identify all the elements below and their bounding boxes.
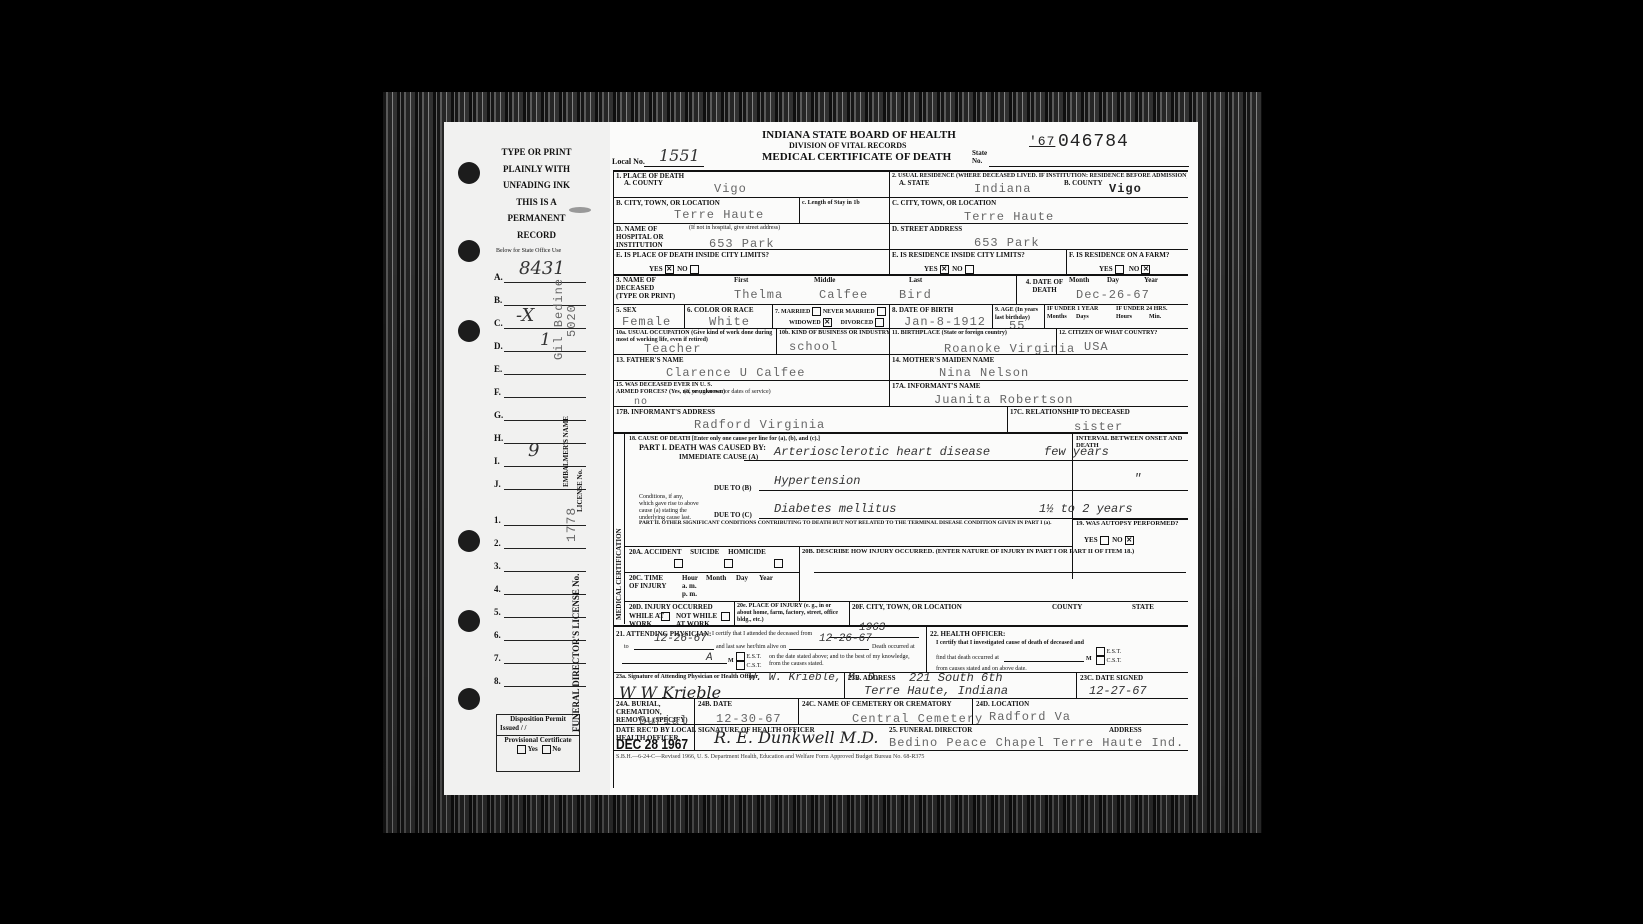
date-of-death-value: Dec-26-67 <box>1076 288 1150 302</box>
residence-state-value: Indiana <box>974 182 1031 196</box>
field-line <box>644 166 704 167</box>
injury-state-label: STATE <box>1132 603 1154 611</box>
frame-line <box>776 328 777 354</box>
no-label: NO <box>677 265 688 273</box>
residence-county-value: Vigo <box>1109 182 1142 196</box>
burial-date-label: 24b. DATE <box>698 700 732 708</box>
physician-address-line-1: 221 South 6th <box>909 671 1003 685</box>
accident-checkbox[interactable] <box>674 559 683 568</box>
farm-label: f. IS RESIDENCE ON A FARM? <box>1069 251 1169 259</box>
armed-forces-note: (If yes, give war or dates of service) <box>684 389 771 396</box>
field-line <box>504 351 586 352</box>
est-label: E.S.T. <box>747 654 762 660</box>
field-line <box>504 420 586 421</box>
accident-label: 20a. ACCIDENT <box>629 548 681 556</box>
to-label: to <box>624 644 629 651</box>
under-24-hrs-label: IF UNDER 24 HRS. <box>1116 306 1167 313</box>
due-to-b-value: Hypertension <box>774 474 860 488</box>
field-line <box>504 374 586 375</box>
physician-certify-text: I certify that I attended the deceased f… <box>712 631 812 638</box>
frame-line <box>849 601 850 625</box>
mother-value: Nina Nelson <box>939 366 1029 380</box>
health-officer-text-2: find that death occurred at <box>936 655 999 662</box>
interval-label: INTERVAL BETWEEN ONSET AND DEATH <box>1076 435 1186 449</box>
frame-line <box>613 380 1188 381</box>
months-label: Months <box>1047 314 1067 321</box>
letter-label: A. <box>494 272 503 282</box>
death-inside-city-yes-checkbox[interactable]: ✕ <box>665 265 674 274</box>
field-line <box>1004 661 1084 662</box>
length-of-stay-label: c. Length of Stay in 1b <box>802 199 860 207</box>
frame-line <box>613 354 1188 355</box>
provisional-no-checkbox[interactable] <box>542 745 551 754</box>
no-label: No <box>552 745 561 753</box>
disposition-label: Disposition Permit <box>497 715 579 724</box>
letter-label: I. <box>494 456 500 466</box>
physician-address-label: 23b. ADDRESS <box>848 674 895 682</box>
embalmer-license: 5020 <box>565 304 579 337</box>
field-line <box>744 460 1072 461</box>
residence-inside-city-label: e. IS RESIDENCE INSIDE CITY LIMITS? <box>892 251 1025 259</box>
embalmer-license-label: LICENSE No. <box>576 469 584 512</box>
residence-county-label: b. COUNTY <box>1064 179 1103 187</box>
yes-label: YES <box>1084 536 1098 544</box>
local-no-label: Local No. <box>612 157 645 166</box>
death-inside-city-label: e. IS PLACE OF DEATH INSIDE CITY LIMITS? <box>616 251 769 259</box>
letter-a-value: 8431 <box>519 258 565 279</box>
provisional-options: Yes No <box>497 745 579 754</box>
yes-label: YES <box>1099 265 1113 273</box>
age-value: 55 <box>1009 319 1025 333</box>
part2-label: PART II. OTHER SIGNIFICANT CONDITIONS CO… <box>639 520 1069 527</box>
street-value: 653 Park <box>974 236 1040 250</box>
residence-inside-city-yes-checkbox[interactable]: ✕ <box>940 265 949 274</box>
funeral-director-license: 1778 <box>564 507 579 542</box>
frame-line <box>1056 328 1057 354</box>
frame-line <box>613 406 1188 407</box>
ho-est-checkbox[interactable] <box>1096 647 1105 656</box>
death-county-value: Vigo <box>714 182 747 196</box>
punch-hole-icon <box>458 162 480 184</box>
informant-name-value: Juanita Robertson <box>934 393 1073 407</box>
burial-location-value: Radford Va <box>989 710 1071 724</box>
punch-hole-icon <box>458 610 480 632</box>
field-line <box>504 548 586 549</box>
place-of-injury-label: 20e. PLACE OF INJURY (e. g., in or about… <box>737 603 847 624</box>
instruction-line: TYPE OR PRINT <box>494 144 579 161</box>
field-line <box>504 571 586 572</box>
frame-line <box>613 724 1188 725</box>
citizen-value: USA <box>1084 340 1109 354</box>
due-to-c-value: Diabetes mellitus <box>774 502 896 516</box>
yes-label: Yes <box>528 745 538 753</box>
date-signed-label: 23c. DATE SIGNED <box>1080 674 1143 682</box>
number-label: 3. <box>494 561 501 571</box>
father-label: 13. FATHER'S NAME <box>616 356 684 364</box>
letter-label: D. <box>494 341 503 351</box>
frame-line <box>624 546 1072 547</box>
hour-text: Hour <box>682 574 698 582</box>
frame-line <box>889 328 890 354</box>
last-name-value: Bird <box>899 288 932 302</box>
state-no-value: 046784 <box>1058 132 1129 152</box>
residence-inside-city-no-checkbox[interactable] <box>965 265 974 274</box>
homicide-label: HOMICIDE <box>728 548 766 556</box>
frame-line <box>613 249 1188 250</box>
letter-d-value: 1 <box>540 330 551 350</box>
widowed-checkbox[interactable]: ✕ <box>823 318 832 327</box>
race-value: White <box>709 315 750 329</box>
frame-line <box>1007 406 1008 432</box>
frame-line <box>613 274 1188 276</box>
cst-label: C.S.T. <box>747 663 762 669</box>
frame-line <box>844 672 845 698</box>
frame-line <box>613 698 1188 699</box>
letter-label: B. <box>494 295 502 305</box>
first-name-value: Thelma <box>734 288 783 302</box>
frame-line <box>889 304 890 328</box>
field-line <box>814 572 1186 573</box>
health-officer-signature: R. E. Dunkwell M.D. <box>714 728 879 747</box>
state-no-label: State No. <box>972 149 994 165</box>
birthplace-label: 11. BIRTHPLACE (State or foreign country… <box>892 330 1007 337</box>
frame-line <box>798 698 799 724</box>
frame-line <box>1016 274 1017 304</box>
street-label: d. STREET ADDRESS <box>892 225 962 233</box>
informant-address-label: 17b. INFORMANT'S ADDRESS <box>616 408 715 416</box>
due-to-c-interval: 1½ to 2 years <box>1039 502 1133 516</box>
cause-of-death-label: 18. CAUSE OF DEATH [Enter only one cause… <box>629 436 820 443</box>
injury-county-label: COUNTY <box>1052 603 1082 611</box>
letter-label: C. <box>494 318 503 328</box>
funeral-director-license-label: FUNERAL DIRECTOR'S LICENSE No. <box>571 574 581 732</box>
widowed-label: WIDOWED <box>789 320 821 326</box>
number-label: 2. <box>494 538 501 548</box>
residence-inside-city-options: YES✕ NO <box>924 265 974 274</box>
autopsy-options: YES NO✕ <box>1084 536 1134 545</box>
division-title: DIVISION OF VITAL RECORDS <box>789 141 906 150</box>
issued-row: Issued / / <box>497 724 579 733</box>
part1-label: PART I. DEATH WAS CAUSED BY: <box>639 444 766 452</box>
year-injury-label: Year <box>759 574 773 582</box>
under-1-year-label: IF UNDER 1 YEAR <box>1047 306 1098 313</box>
hospital-label: d. NAME OF HOSPITAL OR INSTITUTION <box>616 225 686 249</box>
middle-name-label: Middle <box>814 276 835 284</box>
frame-line <box>799 197 800 223</box>
letter-label: H. <box>494 433 503 443</box>
funeral-director-label: 25. FUNERAL DIRECTOR <box>889 726 972 734</box>
health-officer-label: 22. HEALTH OFFICER: <box>930 630 1005 638</box>
frame-line <box>613 328 1188 329</box>
instruction-line: RECORD <box>494 227 579 244</box>
frame-line <box>889 170 890 274</box>
number-label: 5. <box>494 607 501 617</box>
est-label: E.S.T. <box>1107 649 1122 655</box>
provisional-yes-checkbox[interactable] <box>517 745 526 754</box>
month-injury-label: Month <box>706 574 726 582</box>
letter-label: G. <box>494 410 503 420</box>
punch-hole-icon <box>458 320 480 342</box>
not-while-at-work-checkbox[interactable] <box>721 612 730 621</box>
sex-value: Female <box>622 315 671 329</box>
yes-label: YES <box>924 265 938 273</box>
physician-statement: on the date stated above; and to the bes… <box>769 654 919 668</box>
residence-city-label: c. CITY, TOWN, OR LOCATION <box>892 199 996 207</box>
days-label: Days <box>1076 314 1089 321</box>
frame-line <box>684 304 685 328</box>
divorced-checkbox[interactable] <box>875 318 884 327</box>
field-line <box>504 397 586 398</box>
residence-city-value: Terre Haute <box>964 210 1054 224</box>
immediate-cause-value: Arteriosclerotic heart disease <box>774 445 990 459</box>
suicide-checkbox[interactable] <box>724 559 733 568</box>
punch-hole-icon <box>458 240 480 262</box>
frame-line <box>1072 460 1188 461</box>
sex-label: 5. SEX <box>616 306 637 314</box>
last-name-label: Last <box>909 276 922 284</box>
middle-name-value: Calfee <box>819 288 868 302</box>
physician-est-cst: E.S.T. C.S.T. <box>734 652 762 670</box>
farm-yes-checkbox[interactable] <box>1115 265 1124 274</box>
punch-hole-icon <box>458 530 480 552</box>
field-line <box>504 443 586 444</box>
instruction-line: PERMANENT <box>494 210 579 227</box>
frame-line <box>694 724 695 750</box>
est-checkbox[interactable] <box>736 652 745 661</box>
name-label: 3. NAME OF DECEASED (Type or print) <box>616 276 676 300</box>
year-label: Year <box>1144 276 1158 284</box>
autopsy-label: 19. WAS AUTOPSY PERFORMED? <box>1076 520 1186 527</box>
physician-signature-label: 23a. Signature of Attending Physician or… <box>616 674 758 681</box>
last-saw-value: 12-26-67 <box>819 633 872 645</box>
industry-label: 10b. KIND OF BUSINESS OR INDUSTRY <box>779 330 890 337</box>
embalmer-name-label: EMBALMER'S NAME <box>562 416 570 487</box>
funeral-address-label: ADDRESS <box>1109 726 1142 734</box>
disposition-permit-box: Disposition Permit Issued / / Provisiona… <box>496 714 580 772</box>
number-label: 6. <box>494 630 501 640</box>
day-label: Day <box>1107 276 1119 284</box>
hospital-note: (If not in hospital, give street address… <box>689 225 780 232</box>
physician-address-line-2: Terre Haute, Indiana <box>864 684 1008 698</box>
m-label: M <box>728 658 734 665</box>
frame-line <box>613 432 1188 434</box>
injury-occurred-label: 20d. INJURY OCCURRED <box>629 603 713 611</box>
marital-row-2: WIDOWED✕ DIVORCED <box>789 318 884 327</box>
letter-label: F. <box>494 387 501 397</box>
frame-line <box>624 434 625 624</box>
issued-value: / / <box>521 724 527 732</box>
local-no-value: 1551 <box>659 146 700 165</box>
month-label: Month <box>1069 276 1089 284</box>
informant-name-label: 17a. INFORMANT'S NAME <box>892 382 980 390</box>
injury-type-labels: 20a. ACCIDENT SUICIDE HOMICIDE <box>629 548 766 556</box>
state-office-label: Below for State Office Use <box>496 248 561 255</box>
autopsy-yes-checkbox[interactable] <box>1100 536 1109 545</box>
instruction-line: PLAINLY WITH <box>494 161 579 178</box>
time-of-injury-label: 20c. TIME OF INJURY <box>629 574 674 590</box>
farm-options: YES NO✕ <box>1099 265 1150 274</box>
frame-line <box>613 672 1188 673</box>
due-to-b-label: DUE TO (b) <box>714 484 751 492</box>
frame-line <box>889 380 890 406</box>
frame-line <box>613 625 1188 627</box>
provisional-label: Provisional Certificate <box>497 735 579 745</box>
number-label: 1. <box>494 515 501 525</box>
residence-state-label: a. STATE <box>899 179 929 187</box>
frame-line <box>772 304 773 328</box>
homicide-checkbox[interactable] <box>774 559 783 568</box>
suicide-label: SUICIDE <box>690 548 719 556</box>
marital-label: 7. <box>775 309 780 315</box>
race-label: 6. COLOR OR RACE <box>687 306 754 314</box>
death-inside-city-no-checkbox[interactable] <box>690 265 699 274</box>
left-margin: TYPE OR PRINT PLAINLY WITH UNFADING INK … <box>444 122 610 795</box>
frame-line <box>624 601 1188 602</box>
field-line <box>634 649 714 650</box>
married-checkbox[interactable] <box>812 307 821 316</box>
no-label: NO <box>1112 536 1123 544</box>
letter-i-value: 9 <box>528 440 539 461</box>
death-city-label: b. CITY, TOWN, OR LOCATION <box>616 199 720 207</box>
minutes-label: Min. <box>1149 314 1161 321</box>
ampm-text: a. m. p. m. <box>682 582 697 598</box>
health-officer-text-1: I certify that I investigated cause of d… <box>936 640 1084 647</box>
embalmer-name: Gil Bedine <box>552 278 566 360</box>
death-city-value: Terre Haute <box>674 208 764 222</box>
hours-label: Hours <box>1116 314 1132 321</box>
letter-label: J. <box>494 479 501 489</box>
citizen-label: 12. CITIZEN OF WHAT COUNTRY? <box>1059 330 1157 337</box>
injury-description-label: 20b. DESCRIBE HOW INJURY OCCURRED. (Ente… <box>802 548 1134 556</box>
frame-line <box>613 223 1188 224</box>
seal-icon <box>569 207 591 213</box>
cst-checkbox[interactable] <box>736 661 745 670</box>
frame-line <box>613 750 1188 751</box>
medical-certification-label: MEDICAL CERTIFICATION <box>615 528 623 620</box>
married-label: MARRIED <box>781 309 810 315</box>
due-to-c-label: DUE TO (c) <box>714 511 752 519</box>
death-time-value: A <box>706 652 713 664</box>
ink-instructions: TYPE OR PRINT PLAINLY WITH UNFADING INK … <box>494 144 579 243</box>
frame-line <box>613 170 614 788</box>
page-title: MEDICAL CERTIFICATE OF DEATH <box>762 151 951 163</box>
attended-to-value: 12-26-67 <box>654 633 707 645</box>
divorced-label: DIVORCED <box>841 320 874 326</box>
instruction-line: THIS IS A <box>494 194 579 211</box>
field-line <box>759 490 1072 491</box>
hour-label: Houra. m. p. m. <box>682 574 700 598</box>
industry-value: school <box>789 340 838 354</box>
frame-line <box>1044 304 1045 328</box>
burial-location-label: 24d. LOCATION <box>976 700 1029 708</box>
death-certificate: TYPE OR PRINT PLAINLY WITH UNFADING INK … <box>444 122 1198 795</box>
no-label: NO <box>952 265 963 273</box>
dob-label: 8. DATE OF BIRTH <box>892 306 953 314</box>
number-label: 8. <box>494 676 501 686</box>
frame-line <box>734 601 735 625</box>
usual-residence-label: 2. USUAL RESIDENCE (Where deceased lived… <box>892 172 1187 180</box>
ho-m-label: M <box>1086 656 1092 663</box>
dob-value: Jan-8-1912 <box>904 315 986 329</box>
letter-c-value: -X <box>516 305 534 326</box>
last-saw-label: and last saw her/him alive on <box>716 644 786 651</box>
number-label: 4. <box>494 584 501 594</box>
day-injury-label: Day <box>736 574 748 582</box>
autopsy-no-checkbox[interactable]: ✕ <box>1125 536 1134 545</box>
farm-no-checkbox[interactable]: ✕ <box>1141 265 1150 274</box>
while-at-work-checkbox[interactable] <box>661 612 670 621</box>
mother-label: 14. MOTHER'S MAIDEN NAME <box>892 356 994 364</box>
agency-title: INDIANA STATE BOARD OF HEALTH <box>762 129 956 141</box>
frame-line <box>1072 490 1188 491</box>
field-line <box>504 466 586 467</box>
father-value: Clarence U Calfee <box>666 366 805 380</box>
field-line <box>504 489 586 490</box>
yes-label: YES <box>649 265 663 273</box>
date-of-death-label: 4. DATE OF DEATH <box>1022 278 1067 294</box>
funeral-director-value: Bedino Peace Chapel Terre Haute Ind. <box>889 736 1184 750</box>
no-label: NO <box>1129 265 1140 273</box>
frame-line <box>613 197 1188 198</box>
number-label: 7. <box>494 653 501 663</box>
marital-row-1: 7. MARRIED NEVER MARRIED <box>775 307 886 316</box>
frame-line <box>972 698 973 724</box>
first-name-label: First <box>734 276 748 284</box>
frame-line <box>889 354 890 380</box>
field-line <box>504 282 586 283</box>
cemetery-label: 24c. NAME OF CEMETERY OR CREMATORY <box>802 700 952 708</box>
conditions-note: Conditions, if any, which gave rise to a… <box>639 494 699 522</box>
instruction-line: UNFADING INK <box>494 177 579 194</box>
punch-hole-icon <box>458 688 480 710</box>
frame-line <box>694 698 695 724</box>
informant-address-value: Radford Virginia <box>694 418 825 432</box>
state-no-year: '67 <box>1029 134 1055 149</box>
never-married-checkbox[interactable] <box>877 307 886 316</box>
frame-line <box>1076 672 1077 698</box>
frame-line <box>613 304 1188 305</box>
injury-city-label: 20f. CITY, TOWN, OR LOCATION <box>852 603 962 611</box>
frame-line <box>926 625 927 672</box>
cst-label: C.S.T. <box>1107 658 1122 664</box>
frame-line <box>1066 249 1067 274</box>
frame-line <box>992 304 993 328</box>
field-line <box>989 166 1189 167</box>
county-label: a. COUNTY <box>624 179 663 187</box>
due-to-b-interval: " <box>1134 472 1141 486</box>
issued-label: Issued <box>500 724 519 732</box>
date-signed-value: 12-27-67 <box>1089 684 1147 698</box>
field-line <box>789 649 869 650</box>
frame-line <box>799 546 800 601</box>
letter-label: E. <box>494 364 502 374</box>
ho-est-cst: E.S.T. C.S.T. <box>1094 647 1122 665</box>
death-inside-city-options: YES✕ NO <box>649 265 699 274</box>
relationship-label: 17c. RELATIONSHIP TO DECEASED <box>1010 408 1130 416</box>
never-married-label: NEVER MARRIED <box>823 309 875 315</box>
death-occurred-label: Death occurred at <box>872 644 915 651</box>
ho-cst-checkbox[interactable] <box>1096 656 1105 665</box>
form-note: S.B.H.—6-24-C—Revised 1966, U. S. Depart… <box>616 754 924 761</box>
frame-line <box>624 572 799 573</box>
